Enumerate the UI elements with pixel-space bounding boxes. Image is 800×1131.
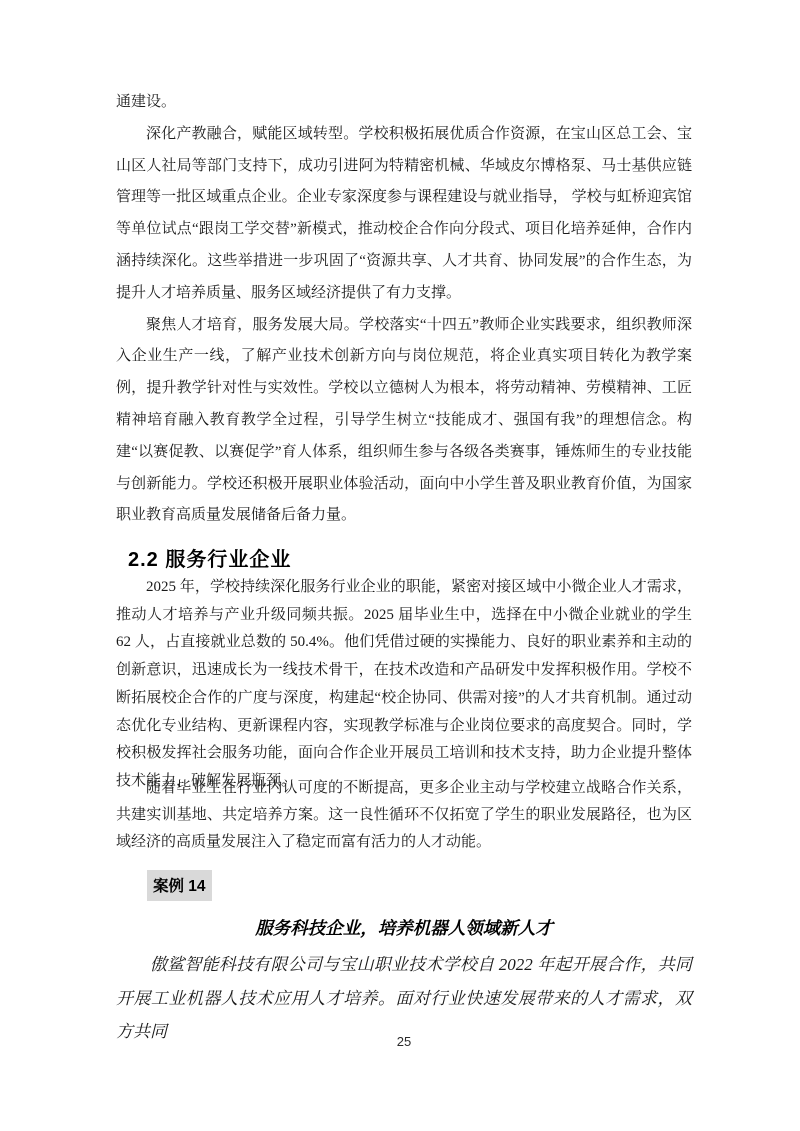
section-overview-text: 通建设。 深化产教融合，赋能区域转型。学校积极拓展优质合作资源，在宝山区总工会、… (116, 87, 692, 532)
paragraph-graduate-recognition: 随着毕业生在行业内认可度的不断提高，更多企业主动与学校建立战略合作关系，共建实训… (116, 775, 692, 857)
paragraph-service-enterprises: 2025 年，学校持续深化服务行业企业的职能，紧密对接区域中小微企业人才需求，推… (116, 574, 692, 796)
document-page: 通建设。 深化产教融合，赋能区域转型。学校积极拓展优质合作资源，在宝山区总工会、… (0, 0, 800, 1131)
section-graduate-recognition: 随着毕业生在行业内认可度的不断提高，更多企业主动与学校建立战略合作关系，共建实训… (116, 775, 692, 857)
page-number: 25 (116, 1034, 692, 1049)
paragraph-talent-cultivation: 聚焦人才培育，服务发展大局。学校落实“十四五”教师企业实践要求，组织教师深入企业… (116, 310, 692, 533)
paragraph-continuation-fragment: 通建设。 (116, 87, 692, 119)
paragraph-industry-integration: 深化产教融合，赋能区域转型。学校积极拓展优质合作资源，在宝山区总工会、宝山区人社… (116, 119, 692, 310)
case-label-badge: 案例 14 (147, 870, 212, 901)
case-label-row: 案例 14 (147, 870, 212, 901)
section-service-enterprises: 2025 年，学校持续深化服务行业企业的职能，紧密对接区域中小微企业人才需求，推… (116, 574, 692, 796)
section-heading-2-2: 2.2 服务行业企业 (128, 543, 291, 572)
case-title: 服务科技企业，培养机器人领域新人才 (116, 915, 692, 940)
